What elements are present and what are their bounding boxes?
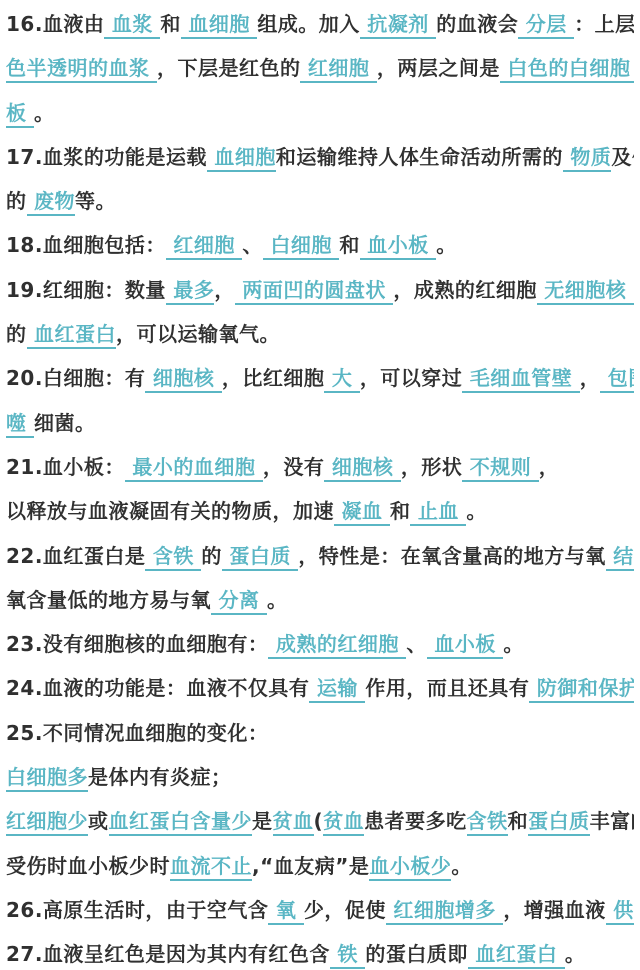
text-line: 18.血细胞包括： 红细胞 、 白细胞 和 血小板 。 <box>6 223 634 267</box>
text-segment: 的 <box>201 544 222 568</box>
answer-blank: 红细胞 <box>166 233 242 260</box>
answer-blank: 血红蛋白 <box>27 322 116 349</box>
text-segment: 23.没有细胞核的血细胞有： <box>6 632 268 656</box>
text-segment: 的 <box>6 322 27 346</box>
answer-blank: 凝血 <box>334 499 390 526</box>
study-notes-page: 16.血液由 血浆 和 血细胞 组成。加入 抗凝剂 的血液会 分层 ：上层是 淡… <box>0 0 640 970</box>
text-line: 16.血液由 血浆 和 血细胞 组成。加入 抗凝剂 的血液会 分层 ：上层是 淡… <box>6 2 634 46</box>
text-segment: 20.白细胞：有 <box>6 366 145 390</box>
text-line: 以释放与血液凝固有关的物质，加速 凝血 和 止血 。 <box>6 489 634 533</box>
answer-blank: 防御和保护 <box>529 676 634 703</box>
text-line: 氧含量低的地方易与氧 分离 。 <box>6 578 634 622</box>
text-segment: 的 <box>6 189 27 213</box>
answer-blank: 血浆 <box>104 12 160 39</box>
answer-blank: 止血 <box>410 499 466 526</box>
answer-blank: 血小板 <box>360 233 436 260</box>
text-segment: 、 <box>406 632 427 656</box>
text-segment: 22.血红蛋白是 <box>6 544 145 568</box>
answer-blank: 运输 <box>309 676 365 703</box>
text-line: 噬 细菌。 <box>6 401 634 445</box>
text-segment: ， <box>214 278 235 302</box>
text-segment: 。 <box>466 499 487 523</box>
text-segment: 和 <box>160 12 181 36</box>
text-segment: ，可以运输氧气。 <box>116 322 280 346</box>
text-segment: ，可以穿过 <box>360 366 463 390</box>
answer-blank: 蛋白质 <box>222 544 298 571</box>
text-line: 受伤时血小板少时血流不止,“血友病”是血小板少。 <box>6 844 634 888</box>
text-segment: 以释放与血液凝固有关的物质，加速 <box>6 499 334 523</box>
answer-blank: 血小板 <box>427 632 503 659</box>
text-segment: 受伤时血小板少时 <box>6 854 170 878</box>
answer-blank: 白细胞多 <box>6 765 88 792</box>
text-segment: 。 <box>565 942 586 966</box>
text-segment: ，没有 <box>263 455 325 479</box>
answer-blank: 最多 <box>166 278 214 305</box>
text-segment: 19.红细胞：数量 <box>6 278 166 302</box>
text-line: 20.白细胞：有 细胞核 ，比红细胞 大 ，可以穿过 毛细血管壁 ， 包围 、 … <box>6 356 634 400</box>
answer-blank: 贫血 <box>273 809 314 836</box>
answer-blank: 血细胞 <box>207 145 276 172</box>
answer-blank: 血红蛋白 <box>468 942 565 969</box>
text-segment: 24.血液的功能是：血液不仅具有 <box>6 676 309 700</box>
answer-blank: 红细胞 <box>300 56 376 83</box>
answer-blank: 抗凝剂 <box>360 12 436 39</box>
text-line: 22.血红蛋白是 含铁 的 蛋白质 ，特性是：在氧含量高的地方与氧 结合 ，在 <box>6 534 634 578</box>
text-segment: 和运输维持人体生命活动所需的 <box>276 145 563 169</box>
answer-blank: 白细胞 <box>263 233 339 260</box>
text-line: 17.血浆的功能是运载 血细胞和运输维持人体生命活动所需的 物质及体内产生 <box>6 135 634 179</box>
text-segment: ，特性是：在氧含量高的地方与氧 <box>298 544 606 568</box>
text-line: 19.红细胞：数量 最多， 两面凹的圆盘状 ，成熟的红细胞 无细胞核 ，有红色 <box>6 268 634 312</box>
answer-blank: 蛋白质 <box>528 809 590 836</box>
answer-blank: 分离 <box>211 588 267 615</box>
text-segment: 和 <box>339 233 360 257</box>
answer-blank: 细胞核 <box>145 366 221 393</box>
text-segment: 、 <box>242 233 263 257</box>
answer-blank: 最小的血细胞 <box>125 455 263 482</box>
text-segment: 和 <box>390 499 411 523</box>
text-segment: ，增强血液 <box>503 898 606 922</box>
text-segment: 或 <box>88 809 109 833</box>
text-line: 26.高原生活时，由于空气含 氧 少，促使 红细胞增多 ，增强血液 供氧能力 。 <box>6 888 634 932</box>
answer-blank: 板 <box>6 101 34 128</box>
text-segment: 。 <box>267 588 288 612</box>
text-segment: 是体内有炎症； <box>88 765 232 789</box>
text-line: 白细胞多是体内有炎症； <box>6 755 634 799</box>
answer-blank: 血流不止 <box>170 854 252 881</box>
text-line: 板 。 <box>6 91 634 135</box>
text-segment: 17.血浆的功能是运载 <box>6 145 207 169</box>
text-line: 24.血液的功能是：血液不仅具有 运输 作用，而且还具有 防御和保护 作用。 <box>6 666 634 710</box>
answer-blank: 供氧能力 <box>606 898 634 925</box>
text-segment: ，形状 <box>401 455 463 479</box>
answer-blank: 结合 <box>606 544 634 571</box>
text-line: 23.没有细胞核的血细胞有： 成熟的红细胞 、 血小板 。 <box>6 622 634 666</box>
text-segment: 25.不同情况血细胞的变化： <box>6 721 268 745</box>
text-segment: 。 <box>451 854 472 878</box>
text-segment: ， <box>539 455 560 479</box>
text-segment: 18.血细胞包括： <box>6 233 166 257</box>
answer-blank: 红细胞增多 <box>386 898 503 925</box>
text-line: 的 血红蛋白，可以运输氧气。 <box>6 312 634 356</box>
text-segment: ( <box>314 809 324 833</box>
text-segment: 少，促使 <box>304 898 386 922</box>
answer-blank: 细胞核 <box>324 455 400 482</box>
text-segment: 27.血液呈红色是因为其内有红色含 <box>6 942 330 966</box>
answer-blank: 物质 <box>563 145 611 172</box>
text-segment: 氧含量低的地方易与氧 <box>6 588 211 612</box>
text-segment: 。 <box>503 632 524 656</box>
answer-blank: 无细胞核 <box>537 278 634 305</box>
text-segment: ，两层之间是 <box>377 56 500 80</box>
text-segment: 。 <box>436 233 457 257</box>
text-segment: 的血液会 <box>436 12 518 36</box>
text-segment: 26.高原生活时，由于空气含 <box>6 898 268 922</box>
text-segment: ,“血友病”是 <box>252 854 369 878</box>
text-line: 25.不同情况血细胞的变化： <box>6 711 634 755</box>
answer-blank: 血小板少 <box>369 854 451 881</box>
text-segment: 21.血小板： <box>6 455 125 479</box>
text-segment: 及体内产生 <box>611 145 634 169</box>
text-segment: ，比红细胞 <box>222 366 325 390</box>
text-segment: 16.血液由 <box>6 12 104 36</box>
text-segment: ， <box>580 366 601 390</box>
answer-blank: 包围 <box>600 366 634 393</box>
text-segment: 作用，而且还具有 <box>365 676 529 700</box>
answer-blank: 含铁 <box>145 544 201 571</box>
text-line: 色半透明的血浆 ，下层是红色的 红细胞 ，两层之间是 白色的白细胞 和 血小 <box>6 46 634 90</box>
answer-blank: 含铁 <box>467 809 508 836</box>
text-segment: ，成熟的红细胞 <box>393 278 537 302</box>
text-segment: 等。 <box>75 189 116 213</box>
text-segment: 丰富的食物)； <box>590 809 634 833</box>
answer-blank: 贫血 <box>323 809 364 836</box>
answer-blank: 氧 <box>268 898 303 925</box>
notes-document: 16.血液由 血浆 和 血细胞 组成。加入 抗凝剂 的血液会 分层 ：上层是 淡… <box>0 0 640 970</box>
answer-blank: 毛细血管壁 <box>462 366 579 393</box>
answer-blank: 色半透明的血浆 <box>6 56 157 83</box>
text-segment: 和 <box>508 809 529 833</box>
text-segment: 患者要多吃 <box>364 809 467 833</box>
answer-blank: 两面凹的圆盘状 <box>235 278 393 305</box>
answer-blank: 分层 <box>518 12 574 39</box>
text-segment: 细菌。 <box>34 411 96 435</box>
text-segment: ：上层是 <box>574 12 634 36</box>
answer-blank: 不规则 <box>462 455 538 482</box>
text-segment: 组成。加入 <box>257 12 360 36</box>
text-line: 红细胞少或血红蛋白含量少是贫血(贫血患者要多吃含铁和蛋白质丰富的食物)； <box>6 799 634 843</box>
line-spacer <box>559 473 634 474</box>
text-segment: 的蛋白质即 <box>365 942 468 966</box>
answer-blank: 白色的白细胞 <box>500 56 634 83</box>
text-line: 27.血液呈红色是因为其内有红色含 铁 的蛋白质即 血红蛋白 。 <box>6 932 634 970</box>
text-segment: 是 <box>252 809 273 833</box>
answer-blank: 红细胞少 <box>6 809 88 836</box>
text-line: 21.血小板： 最小的血细胞 ，没有 细胞核 ，形状 不规则 ，可 <box>6 445 634 489</box>
answer-blank: 铁 <box>330 942 365 969</box>
answer-blank: 血细胞 <box>181 12 257 39</box>
answer-blank: 废物 <box>27 189 75 216</box>
answer-blank: 噬 <box>6 411 34 438</box>
text-segment: ，下层是红色的 <box>157 56 301 80</box>
text-line: 的 废物等。 <box>6 179 634 223</box>
answer-blank: 成熟的红细胞 <box>268 632 406 659</box>
answer-blank: 血红蛋白含量少 <box>109 809 253 836</box>
answer-blank: 大 <box>324 366 359 393</box>
text-segment: 。 <box>34 101 55 125</box>
